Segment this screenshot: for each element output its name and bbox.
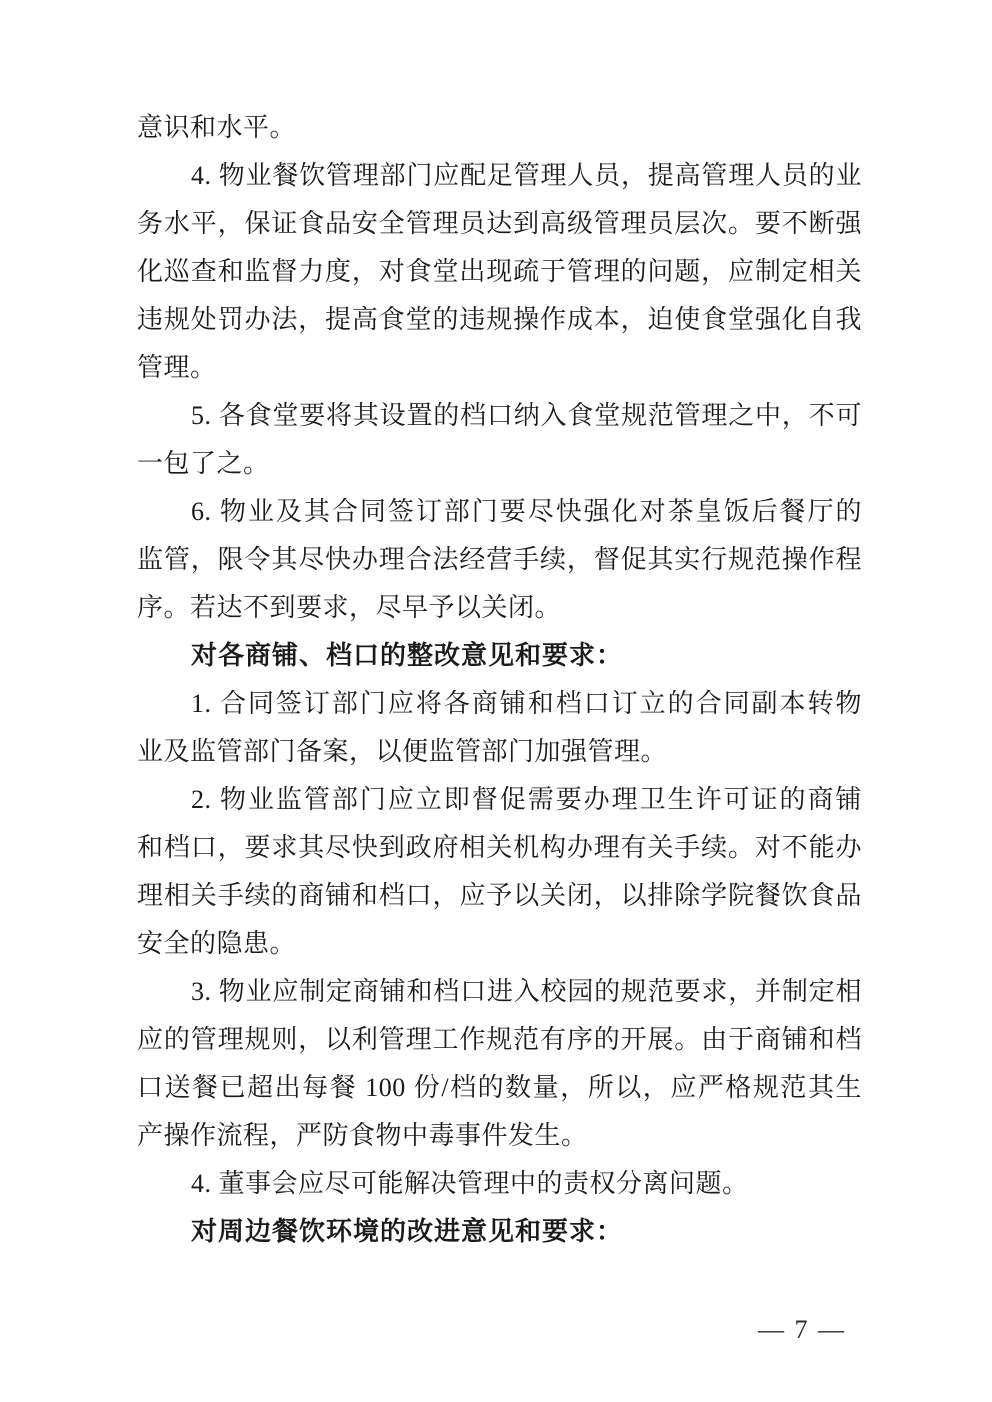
- text-line: 安全的隐患。: [137, 920, 862, 968]
- text-line: 6. 物业及其合同签订部门要尽快强化对茶皇饭后餐厅的: [137, 488, 862, 536]
- text-line: 3. 物业应制定商铺和档口进入校园的规范要求，并制定相: [137, 968, 862, 1016]
- text-line: 监管，限令其尽快办理合法经营手续，督促其实行规范操作程: [137, 536, 862, 584]
- text-line: 业及监管部门备案，以便监管部门加强管理。: [137, 728, 862, 776]
- text-line: 一包了之。: [137, 440, 862, 488]
- text-line: 4. 物业餐饮管理部门应配足管理人员，提高管理人员的业: [137, 152, 862, 200]
- text-line: 2. 物业监管部门应立即督促需要办理卫生许可证的商铺: [137, 776, 862, 824]
- page-number: — 7 —: [758, 1310, 846, 1350]
- text-line: 违规处罚办法，提高食堂的违规操作成本，迫使食堂强化自我: [137, 296, 862, 344]
- document-body: 意识和水平。4. 物业餐饮管理部门应配足管理人员，提高管理人员的业务水平，保证食…: [137, 104, 862, 1256]
- text-line: 序。若达不到要求，尽早予以关闭。: [137, 584, 862, 632]
- document-page: 意识和水平。4. 物业餐饮管理部门应配足管理人员，提高管理人员的业务水平，保证食…: [0, 0, 992, 1402]
- text-line: 管理。: [137, 344, 862, 392]
- section-heading-line: 对各商铺、档口的整改意见和要求：: [137, 632, 862, 680]
- text-line: 意识和水平。: [137, 104, 862, 152]
- text-line: 务水平，保证食品安全管理员达到高级管理员层次。要不断强: [137, 200, 862, 248]
- text-line: 应的管理规则，以利管理工作规范有序的开展。由于商铺和档: [137, 1016, 862, 1064]
- section-heading-line: 对周边餐饮环境的改进意见和要求：: [137, 1208, 862, 1256]
- text-line: 理相关手续的商铺和档口，应予以关闭，以排除学院餐饮食品: [137, 872, 862, 920]
- text-line: 化巡查和监督力度，对食堂出现疏于管理的问题，应制定相关: [137, 248, 862, 296]
- text-line: 和档口，要求其尽快到政府相关机构办理有关手续。对不能办: [137, 824, 862, 872]
- text-line: 1. 合同签订部门应将各商铺和档口订立的合同副本转物: [137, 680, 862, 728]
- text-line: 4. 董事会应尽可能解决管理中的责权分离问题。: [137, 1160, 862, 1208]
- text-line: 口送餐已超出每餐 100 份/档的数量，所以，应严格规范其生: [137, 1064, 862, 1112]
- text-line: 产操作流程，严防食物中毒事件发生。: [137, 1112, 862, 1160]
- text-line: 5. 各食堂要将其设置的档口纳入食堂规范管理之中，不可: [137, 392, 862, 440]
